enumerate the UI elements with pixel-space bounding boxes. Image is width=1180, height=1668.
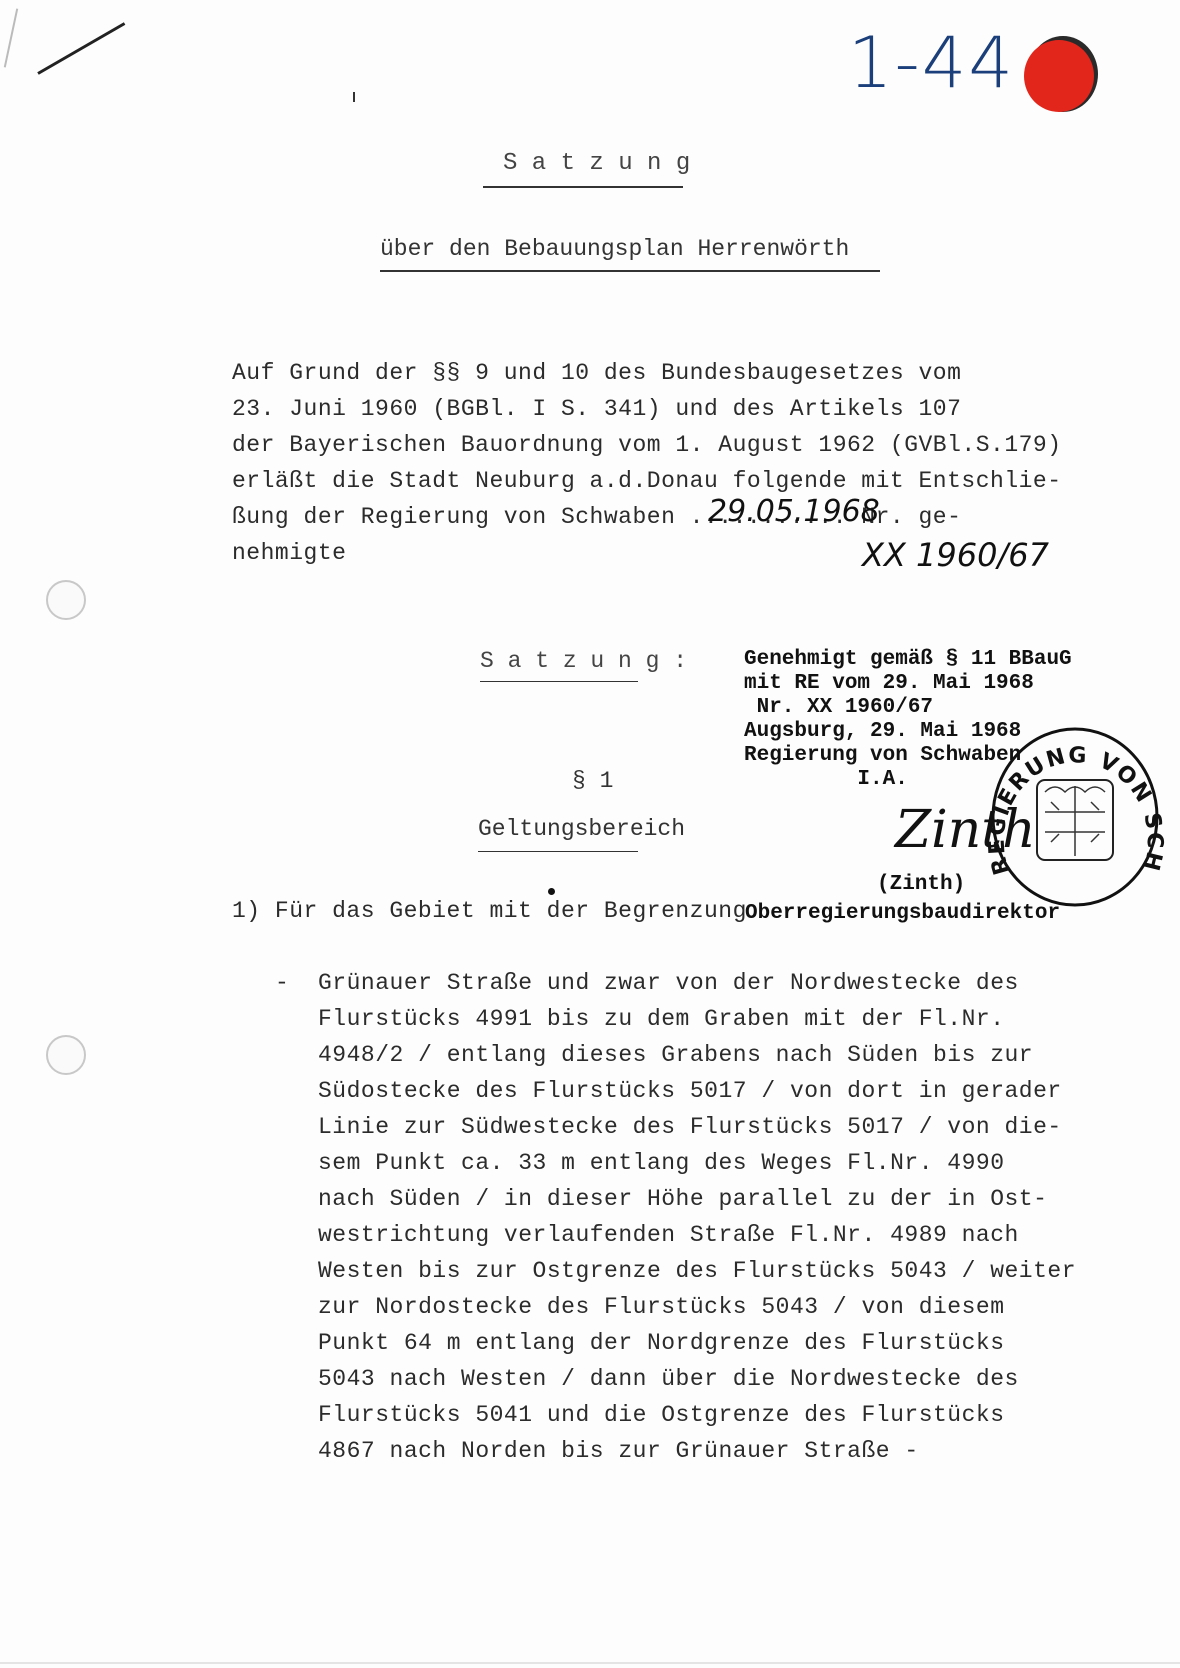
approval-line: Genehmigt gemäß § 11 BBauG <box>744 648 1072 671</box>
red-dot-fill <box>1024 40 1094 112</box>
boundary-line: Punkt 64 m entlang der Nordgrenze des Fl… <box>318 1330 1005 1356</box>
boundary-line: westrichtung verlaufenden Straße Fl.Nr. … <box>318 1222 1019 1248</box>
punch-hole-bottom <box>46 1035 86 1075</box>
satzung-label: S a t z u n g : <box>480 648 687 674</box>
boundary-line: Flurstücks 4991 bis zu dem Graben mit de… <box>318 1006 1005 1032</box>
section-title-underline <box>478 851 638 852</box>
corner-mark <box>4 8 18 67</box>
approval-line: Regierung von Schwaben <box>744 744 1021 767</box>
boundary-line: zur Nordostecke des Flurstücks 5043 / vo… <box>318 1294 1005 1320</box>
pen-stroke-mark <box>37 22 125 75</box>
approval-line: I.A. <box>744 768 908 791</box>
approval-line: Nr. XX 1960/67 <box>744 696 933 719</box>
bullet-dot <box>548 888 555 895</box>
approval-line: Augsburg, 29. Mai 1968 <box>744 720 1021 743</box>
handwritten-number: XX 1960/67 <box>862 536 1049 574</box>
boundary-line: sem Punkt ca. 33 m entlang des Weges Fl.… <box>318 1150 1005 1176</box>
title-underline <box>483 186 683 188</box>
boundary-line: Linie zur Südwestecke des Flurstücks 501… <box>318 1114 1062 1140</box>
boundary-bullet: - <box>275 970 289 996</box>
handwritten-date: 29.05.1968 <box>708 494 880 529</box>
preamble-line: der Bayerischen Bauordnung vom 1. August… <box>232 432 1062 458</box>
approval-line: mit RE vom 29. Mai 1968 <box>744 672 1034 695</box>
document-title: S a t z u n g <box>503 150 690 177</box>
satzung-underline <box>480 681 638 682</box>
boundary-line: 4948/2 / entlang dieses Grabens nach Süd… <box>318 1042 1033 1068</box>
subtitle-underline <box>380 270 880 272</box>
boundary-line: Flurstücks 5041 und die Ostgrenze des Fl… <box>318 1402 1005 1428</box>
section-intro: 1) Für das Gebiet mit der Begrenzung <box>232 898 747 924</box>
boundary-line: Grünauer Straße und zwar von der Nordwes… <box>318 970 1019 996</box>
boundary-line: Südostecke des Flurstücks 5017 / von dor… <box>318 1078 1062 1104</box>
official-seal-icon: REGIERUNG VON SCHWABEN <box>985 722 1165 912</box>
archive-number: 1-44 <box>848 22 1015 104</box>
signer-title: Oberregierungsbaudirektor <box>745 902 1060 925</box>
boundary-line: Westen bis zur Ostgrenze des Flurstücks … <box>318 1258 1076 1284</box>
preamble-line: Auf Grund der §§ 9 und 10 des Bundesbaug… <box>232 360 961 386</box>
small-tick-mark <box>353 92 355 102</box>
preamble-line: erläßt die Stadt Neuburg a.d.Donau folge… <box>232 468 1062 494</box>
boundary-line: 4867 nach Norden bis zur Grünauer Straße… <box>318 1438 919 1464</box>
punch-hole-top <box>46 580 86 620</box>
signer-name: (Zinth) <box>877 873 965 896</box>
document-page: 1-44 S a t z u n g über den Bebauungspla… <box>0 0 1180 1668</box>
boundary-line: 5043 nach Westen / dann über die Nordwes… <box>318 1366 1019 1392</box>
document-subtitle: über den Bebauungsplan Herrenwörth <box>380 236 849 262</box>
preamble-line: 23. Juni 1960 (BGBl. I S. 341) und des A… <box>232 396 961 422</box>
section-number: § 1 <box>572 768 613 794</box>
page-bottom-edge <box>0 1662 1180 1664</box>
boundary-line: nach Süden / in dieser Höhe parallel zu … <box>318 1186 1047 1212</box>
preamble-line: nehmigte <box>232 540 346 566</box>
section-title: Geltungsbereich <box>478 816 685 842</box>
